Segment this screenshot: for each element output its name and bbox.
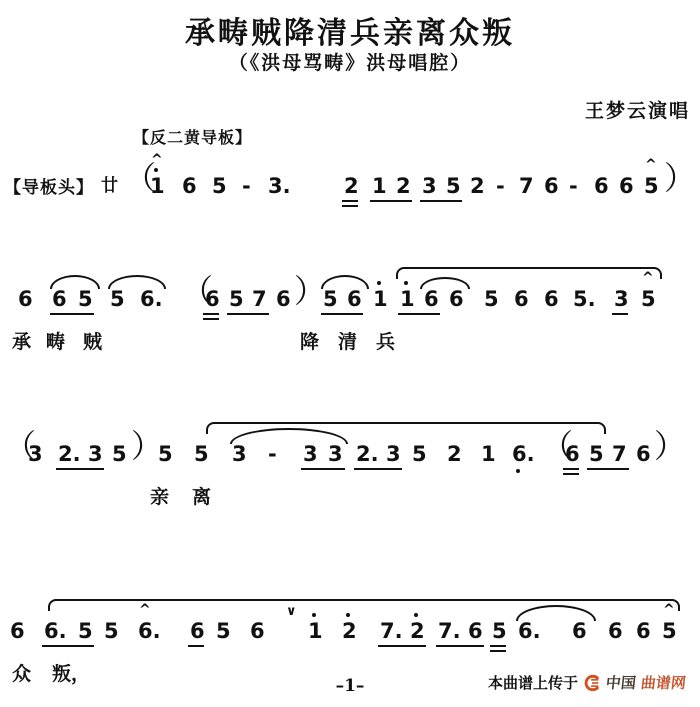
accent-mark: ^ (645, 158, 657, 172)
note: 3 (28, 444, 43, 465)
beam-underline (203, 313, 219, 315)
note: 7. (438, 621, 461, 642)
lyric-char: 贼 (83, 333, 102, 352)
note: 1 (481, 444, 496, 465)
lyric-char: 承 (12, 333, 31, 352)
octave-dot-low (516, 469, 520, 473)
note: 6. (512, 444, 535, 465)
lyric-char: 离 (192, 488, 211, 507)
note: 2 (470, 176, 485, 197)
note: 5 (484, 289, 499, 310)
beam-underline (50, 313, 94, 315)
note: 5 (492, 621, 507, 642)
note: 5 (78, 621, 93, 642)
note: 2 (344, 176, 359, 197)
beam-underline (342, 200, 358, 202)
note: 6 (190, 621, 205, 642)
beam-underline (203, 318, 219, 320)
upload-credit: 本曲谱上传于 中国 曲谱网 (488, 672, 686, 693)
page-title: 承畴贼降清兵亲离众叛 (0, 8, 700, 52)
beam-underline (370, 200, 412, 202)
note: 3 (614, 289, 629, 310)
octave-dot-high (346, 613, 350, 617)
note: 6. (518, 621, 541, 642)
note: 2 (342, 621, 357, 642)
slur (396, 267, 662, 279)
lyric-char: 降 (300, 333, 319, 352)
beam-underline (420, 200, 462, 202)
note: 5 (110, 289, 125, 310)
note: 5 (158, 444, 173, 465)
note: 6 (449, 289, 464, 310)
note: 1 (373, 289, 388, 310)
note: 3 (303, 444, 318, 465)
slur (50, 275, 100, 289)
note: 7 (252, 289, 267, 310)
note: 2 (410, 621, 425, 642)
note: 5 (194, 444, 209, 465)
beam-underline (490, 650, 506, 652)
note: 3 (386, 444, 401, 465)
note: 5 (644, 176, 659, 197)
accent-mark: ^ (151, 153, 163, 167)
note: 1 (400, 289, 415, 310)
note: 5 (229, 289, 244, 310)
sheet-music-page: 承畴贼降清兵亲离众叛 （《洪母骂畴》洪母唱腔） 王梦云演唱 【反二黄导板】 【导… (0, 0, 700, 707)
music-line-2: 66556.（6576）5611665665.35^承畴贼降清兵 (0, 263, 700, 363)
beam-underline (188, 645, 204, 647)
note: 6. (44, 621, 67, 642)
beam-underline (56, 468, 104, 470)
lyric-char: 畴 (46, 333, 65, 352)
note: 6 (468, 621, 483, 642)
note: 6 (565, 444, 580, 465)
note: 6 (205, 289, 220, 310)
note: 3. (268, 176, 291, 197)
note: 6. (140, 289, 163, 310)
octave-dot-high (312, 613, 316, 617)
note: 6. (138, 621, 161, 642)
site-name-cn: 中国 (605, 672, 637, 693)
note: 6 (544, 289, 559, 310)
note: 3 (88, 444, 103, 465)
note: 6 (594, 176, 609, 197)
note: - (569, 176, 578, 197)
note: 2 (447, 444, 462, 465)
note: ） (664, 162, 696, 194)
slur (108, 275, 166, 289)
note: 5 (216, 621, 231, 642)
banshi-label: 【反二黄导板】 (133, 125, 252, 148)
note: 5 (112, 444, 127, 465)
note: 5 (104, 621, 119, 642)
note: 6 (276, 289, 291, 310)
note: 6 (250, 621, 265, 642)
note: 5 (412, 444, 427, 465)
beam-underline (436, 645, 484, 647)
note: 6 (424, 289, 439, 310)
lyric-char: 清 (338, 333, 357, 352)
note: 7. (380, 621, 403, 642)
note: 5 (641, 289, 656, 310)
note: 2. (58, 444, 81, 465)
beam-underline (490, 645, 506, 647)
note: 5. (573, 289, 596, 310)
note: 1 (372, 176, 387, 197)
note: 6 (10, 621, 25, 642)
note: 6 (182, 176, 197, 197)
note: 7 (519, 176, 534, 197)
beam-underline (42, 645, 94, 647)
note: 【导板头】 (4, 180, 94, 197)
note: 3 (328, 444, 343, 465)
note: ） (654, 430, 686, 462)
note: 5 (589, 444, 604, 465)
note: 6 (636, 444, 651, 465)
octave-dot-high (404, 281, 408, 285)
note: 6 (514, 289, 529, 310)
beam-underline (563, 468, 579, 470)
beam-underline (587, 468, 629, 470)
note: 6 (619, 176, 634, 197)
note: 1 (150, 176, 165, 197)
beam-underline (378, 645, 426, 647)
lyric-char: 兵 (376, 333, 395, 352)
note: 6 (608, 621, 623, 642)
note: 5 (662, 621, 677, 642)
slur (321, 275, 369, 289)
note: 5 (446, 176, 461, 197)
note: 6 (544, 176, 559, 197)
upload-credit-text: 本曲谱上传于 (488, 672, 578, 693)
note: 7 (612, 444, 627, 465)
page-subtitle: （《洪母骂畴》洪母唱腔） (0, 48, 700, 75)
beam-underline (321, 313, 363, 315)
octave-dot-high (154, 168, 158, 172)
octave-dot-high (414, 613, 418, 617)
music-line-1: 【导板头】廿（1^65-3.212352-76-665^） (0, 150, 700, 250)
note: 1 (308, 621, 323, 642)
beam-underline (563, 473, 579, 475)
note: 6 (572, 621, 587, 642)
beam-underline (227, 313, 269, 315)
note: - (268, 444, 277, 465)
note: 3 (232, 444, 247, 465)
beam-underline (301, 468, 345, 470)
note: 5 (212, 176, 227, 197)
beam-underline (612, 313, 628, 315)
note: - (496, 176, 505, 197)
site-name-branded: 曲谱网 (640, 672, 687, 693)
lyric-char: 亲 (150, 488, 169, 507)
site-logo-icon (583, 674, 601, 692)
note: 5 (78, 289, 93, 310)
beam-underline (342, 205, 358, 207)
note: 5 (323, 289, 338, 310)
note: ） (294, 275, 326, 307)
note: 6 (636, 621, 651, 642)
note: 6 (18, 289, 33, 310)
slur (206, 422, 606, 434)
performer-credit: 王梦云演唱 (585, 96, 690, 123)
note: 廿 (101, 178, 119, 195)
note: 2 (396, 176, 411, 197)
note: 6 (52, 289, 67, 310)
music-line-3: （32.35）553-332.35216.（6576）亲离 (0, 418, 700, 518)
note: 6 (347, 289, 362, 310)
note: 2. (356, 444, 379, 465)
note: 3 (422, 176, 437, 197)
note: - (242, 176, 251, 197)
beam-underline (354, 468, 402, 470)
octave-dot-high (377, 281, 381, 285)
beam-underline (398, 313, 440, 315)
slur (48, 599, 680, 611)
